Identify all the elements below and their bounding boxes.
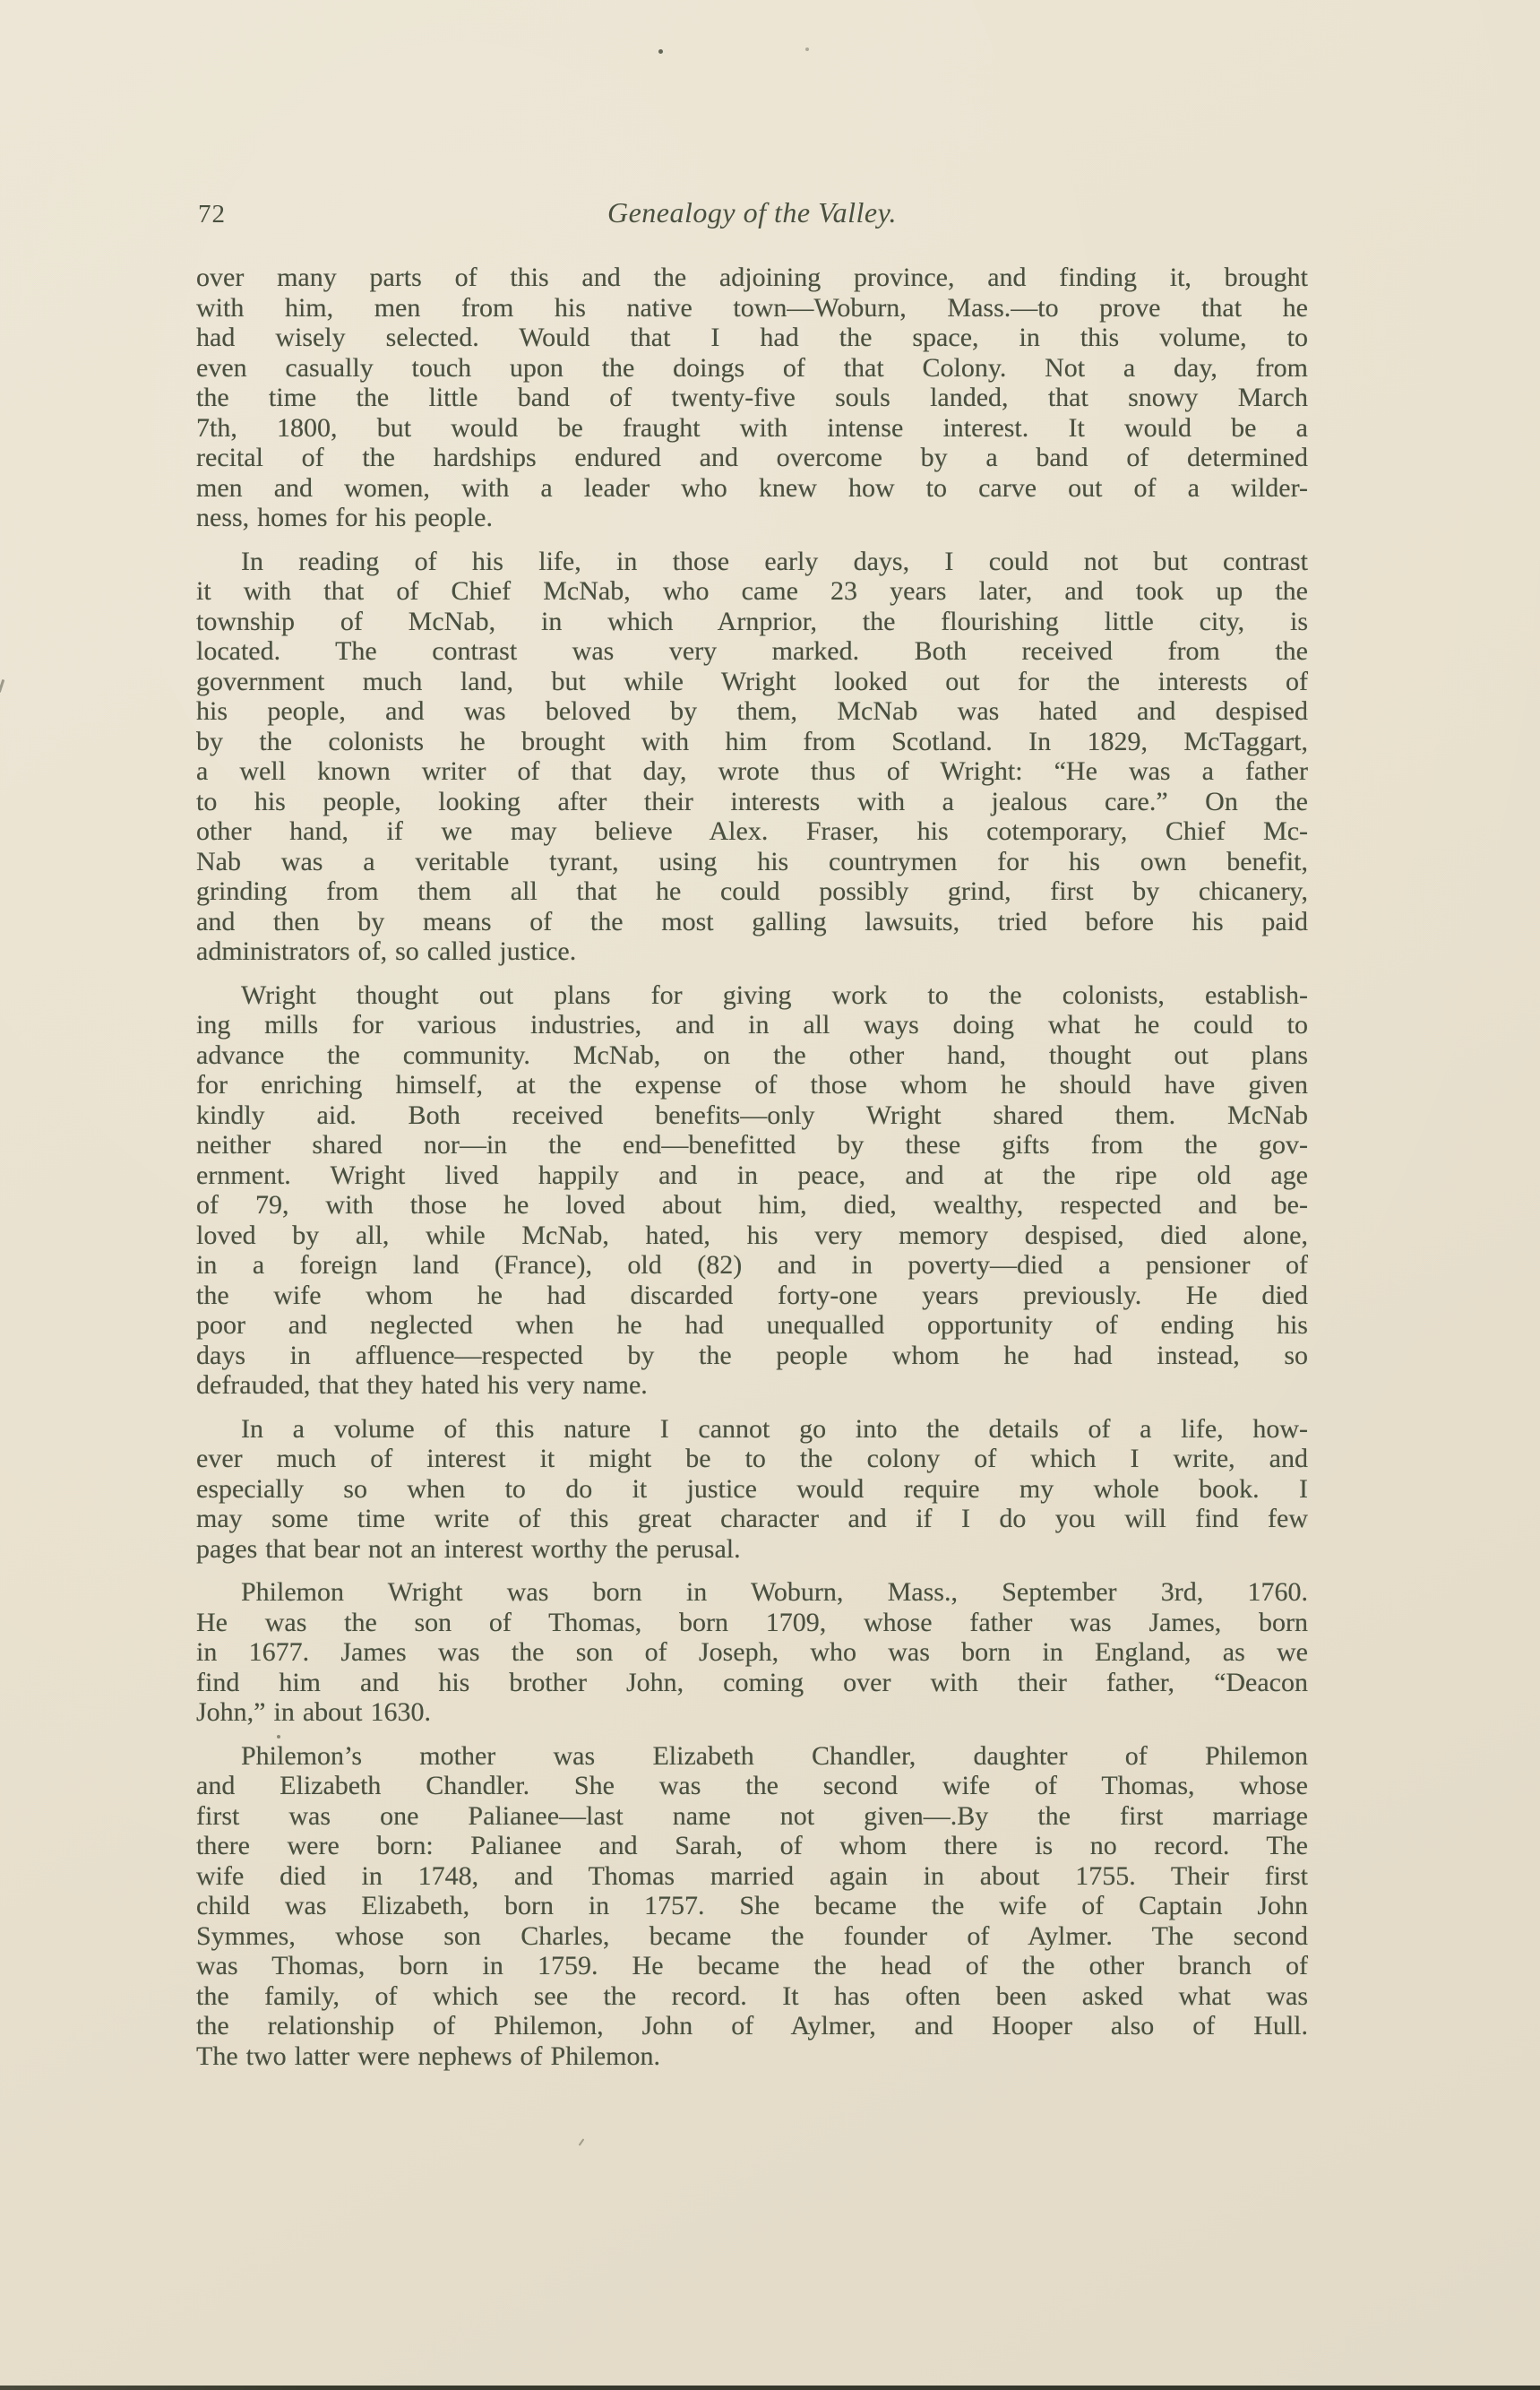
- text-line: loved by all, while McNab, hated, his ve…: [196, 1221, 1308, 1251]
- text-line: John,” in about 1630.: [196, 1697, 1308, 1728]
- text-line: the family, of which see the record. It …: [196, 1981, 1308, 2012]
- text-line: township of McNab, in which Arnprior, th…: [196, 607, 1308, 637]
- text-line: government much land, but while Wright l…: [196, 667, 1308, 697]
- text-line: days in affluence—respected by the peopl…: [196, 1341, 1308, 1371]
- page-header: 72 Genealogy of the Valley.: [196, 196, 1308, 234]
- text-line: ernment. Wright lived happily and in pea…: [196, 1160, 1308, 1191]
- paper-speck: [0, 679, 4, 693]
- text-line: and then by means of the most galling la…: [196, 907, 1308, 937]
- text-line: He was the son of Thomas, born 1709, who…: [196, 1608, 1308, 1638]
- text-line: even casually touch upon the doings of t…: [196, 353, 1308, 384]
- page-bottom-edge: [0, 2386, 1540, 2390]
- text-line: poor and neglected when he had unequalle…: [196, 1310, 1308, 1341]
- text-line: Symmes, whose son Charles, became the fo…: [196, 1921, 1308, 1952]
- text-line: with him, men from his native town—Wobur…: [196, 293, 1308, 324]
- text-line: the wife whom he had discarded forty-one…: [196, 1281, 1308, 1311]
- text-line: ing mills for various industries, and in…: [196, 1010, 1308, 1040]
- text-line: other hand, if we may believe Alex. Fras…: [196, 816, 1308, 847]
- paragraph: over many parts of this and the adjoinin…: [196, 263, 1308, 533]
- paper-speck: [805, 47, 809, 51]
- text-line: may some time write of this great charac…: [196, 1504, 1308, 1534]
- text-line: pages that bear not an interest worthy t…: [196, 1534, 1308, 1565]
- text-line: his people, and was beloved by them, McN…: [196, 696, 1308, 727]
- text-line: it with that of Chief McNab, who came 23…: [196, 576, 1308, 607]
- text-line: had wisely selected. Would that I had th…: [196, 323, 1308, 353]
- text-line: neither shared nor—in the end—benefitted…: [196, 1130, 1308, 1160]
- text-line: by the colonists he brought with him fro…: [196, 727, 1308, 757]
- paragraph: In reading of his life, in those early d…: [196, 547, 1308, 967]
- text-line: and Elizabeth Chandler. She was the seco…: [196, 1771, 1308, 1801]
- text-line: over many parts of this and the adjoinin…: [196, 263, 1308, 293]
- text-line: Wright thought out plans for giving work…: [196, 980, 1308, 1011]
- paper-speck: [658, 49, 663, 54]
- text-line: a well known writer of that day, wrote t…: [196, 756, 1308, 787]
- page-number: 72: [198, 200, 226, 229]
- text-line: in 1677. James was the son of Joseph, wh…: [196, 1637, 1308, 1668]
- text-line: child was Elizabeth, born in 1757. She b…: [196, 1891, 1308, 1921]
- text-line: ever much of interest it might be to the…: [196, 1444, 1308, 1474]
- text-line: men and women, with a leader who knew ho…: [196, 473, 1308, 504]
- text-line: there were born: Palianee and Sarah, of …: [196, 1831, 1308, 1861]
- paper-speck: [277, 1735, 280, 1739]
- text-line: 7th, 1800, but would be fraught with int…: [196, 413, 1308, 444]
- running-title: Genealogy of the Valley.: [196, 196, 1308, 229]
- text-line: wife died in 1748, and Thomas married ag…: [196, 1861, 1308, 1892]
- text-line: was Thomas, born in 1759. He became the …: [196, 1951, 1308, 1981]
- text-line: recital of the hardships endured and ove…: [196, 443, 1308, 473]
- text-line: Philemon’s mother was Elizabeth Chandler…: [196, 1741, 1308, 1772]
- text-line: In reading of his life, in those early d…: [196, 547, 1308, 577]
- text-line: ness, homes for his people.: [196, 503, 1308, 533]
- text-line: The two latter were nephews of Philemon.: [196, 2041, 1308, 2072]
- text-line: defrauded, that they hated his very name…: [196, 1370, 1308, 1401]
- text-line: Nab was a veritable tyrant, using his co…: [196, 847, 1308, 877]
- paragraph: Philemon Wright was born in Woburn, Mass…: [196, 1577, 1308, 1728]
- text-line: especially so when to do it justice woul…: [196, 1474, 1308, 1505]
- text-line: to his people, looking after their inter…: [196, 787, 1308, 817]
- text-line: the relationship of Philemon, John of Ay…: [196, 2011, 1308, 2041]
- page-body: over many parts of this and the adjoinin…: [196, 263, 1308, 2084]
- text-line: advance the community. McNab, on the oth…: [196, 1040, 1308, 1071]
- text-line: for enriching himself, at the expense of…: [196, 1070, 1308, 1100]
- paragraph: Philemon’s mother was Elizabeth Chandler…: [196, 1741, 1308, 2072]
- text-line: grinding from them all that he could pos…: [196, 876, 1308, 907]
- text-line: administrators of, so called justice.: [196, 936, 1308, 967]
- text-line: In a volume of this nature I cannot go i…: [196, 1414, 1308, 1445]
- text-line: kindly aid. Both received benefits—only …: [196, 1100, 1308, 1131]
- text-line: the time the little band of twenty-five …: [196, 383, 1308, 413]
- text-line: first was one Palianee—last name not giv…: [196, 1801, 1308, 1832]
- text-line: find him and his brother John, coming ov…: [196, 1668, 1308, 1698]
- text-line: located. The contrast was very marked. B…: [196, 636, 1308, 667]
- text-line: in a foreign land (France), old (82) and…: [196, 1250, 1308, 1281]
- paragraph: Wright thought out plans for giving work…: [196, 980, 1308, 1401]
- text-line: of 79, with those he loved about him, di…: [196, 1190, 1308, 1221]
- paragraph: In a volume of this nature I cannot go i…: [196, 1414, 1308, 1565]
- text-line: Philemon Wright was born in Woburn, Mass…: [196, 1577, 1308, 1608]
- paper-speck: [579, 2138, 585, 2146]
